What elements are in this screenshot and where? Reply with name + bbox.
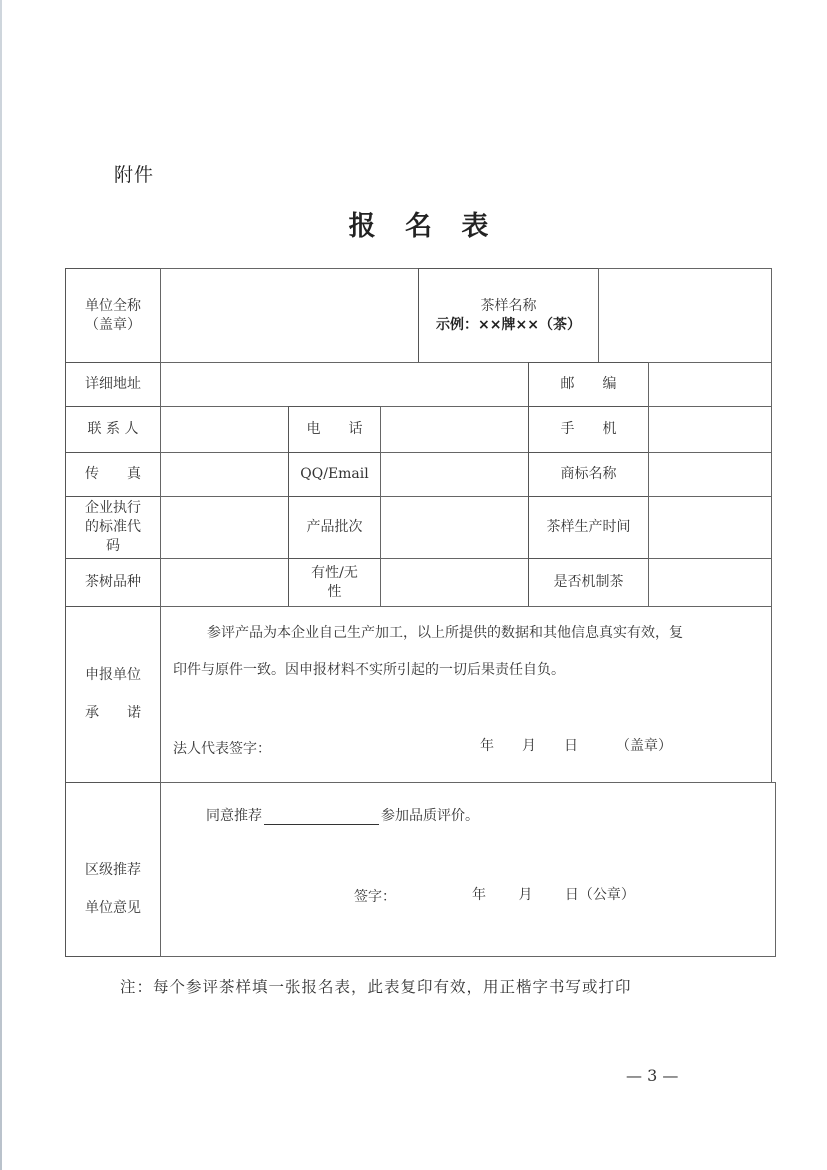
- address-label-cell: 详细地址: [65, 362, 161, 407]
- variety-field[interactable]: [160, 558, 289, 607]
- page-number: — 3 —: [626, 1066, 678, 1085]
- production-time-label: 茶样生产时间: [547, 518, 631, 537]
- trademark-label: 商标名称: [561, 465, 617, 484]
- qq-email-field[interactable]: [380, 452, 529, 497]
- tea-name-label-cell: 茶样名称 示例：××牌××（茶）: [418, 268, 599, 363]
- fax-field[interactable]: [160, 452, 289, 497]
- contact-label-cell: 联 系 人: [65, 406, 161, 453]
- unit-name-field[interactable]: [160, 268, 419, 363]
- phone-label-cell: 电 话: [288, 406, 381, 453]
- production-time-field[interactable]: [648, 496, 772, 559]
- production-time-label-cell: 茶样生产时间: [528, 496, 649, 559]
- sexual-field[interactable]: [380, 558, 529, 607]
- address-field[interactable]: [160, 362, 529, 407]
- mobile-label: 手 机: [561, 420, 617, 439]
- footnote: 注：每个参评茶样填一张报名表，此表复印有效，用正楷字书写或打印: [120, 975, 632, 997]
- standard-code-field[interactable]: [160, 496, 289, 559]
- pledge-label: 申报单位 承 诺: [85, 666, 141, 723]
- pledge-text-line1: 参评产品为本企业自己生产加工，以上所提供的数据和其他信息真实有效，复: [207, 622, 683, 642]
- recommend-blank-field[interactable]: [264, 810, 379, 825]
- scan-edge: [0, 0, 2, 1170]
- sexual-label-cell: 有性/无 性: [288, 558, 381, 607]
- fax-label-cell: 传 真: [65, 452, 161, 497]
- tea-name-example: 示例：××牌××（茶）: [436, 316, 581, 335]
- recommend-prefix: 同意推荐: [206, 808, 262, 824]
- unit-name-label: 单位全称 （盖章）: [85, 297, 141, 335]
- qq-email-label-cell: QQ/Email: [288, 452, 381, 497]
- page-title: 报 名 表: [0, 204, 827, 243]
- sexual-label: 有性/无 性: [311, 564, 358, 602]
- contact-field[interactable]: [160, 406, 289, 453]
- recommend-suffix: 参加品质评价。: [381, 808, 479, 824]
- machine-tea-label: 是否机制茶: [554, 573, 624, 592]
- postcode-label-cell: 邮 编: [528, 362, 649, 407]
- pledge-label-cell: 申报单位 承 诺: [65, 606, 161, 783]
- variety-label: 茶树品种: [85, 573, 141, 592]
- recommend-signature-label: 签字：: [354, 886, 396, 906]
- batch-label: 产品批次: [307, 518, 363, 537]
- address-label: 详细地址: [85, 375, 141, 394]
- batch-field[interactable]: [380, 496, 529, 559]
- pledge-date: 年 月 日: [480, 735, 578, 755]
- phone-field[interactable]: [380, 406, 529, 453]
- postcode-label: 邮 编: [561, 375, 617, 394]
- trademark-field[interactable]: [648, 452, 772, 497]
- recommendation-label-cell: 区级推荐 单位意见: [65, 782, 161, 957]
- tea-name-field[interactable]: [598, 268, 772, 363]
- attachment-label: 附件: [114, 160, 154, 187]
- batch-label-cell: 产品批次: [288, 496, 381, 559]
- fax-label: 传 真: [85, 465, 141, 484]
- pledge-text-line2: 印件与原件一致。因申报材料不实所引起的一切后果责任自负。: [173, 659, 565, 679]
- trademark-label-cell: 商标名称: [528, 452, 649, 497]
- machine-tea-label-cell: 是否机制茶: [528, 558, 649, 607]
- unit-name-label-cell: 单位全称 （盖章）: [65, 268, 161, 363]
- phone-label: 电 话: [307, 420, 363, 439]
- variety-label-cell: 茶树品种: [65, 558, 161, 607]
- recommendation-label: 区级推荐 单位意见: [85, 861, 141, 918]
- tea-name-label: 茶样名称: [481, 297, 537, 316]
- mobile-label-cell: 手 机: [528, 406, 649, 453]
- mobile-field[interactable]: [648, 406, 772, 453]
- standard-code-label: 企业执行 的标准代 码: [85, 499, 141, 556]
- machine-tea-field[interactable]: [648, 558, 772, 607]
- recommend-date-seal: 年 月 日（公章）: [472, 884, 635, 904]
- qq-email-label: QQ/Email: [300, 465, 368, 484]
- pledge-seal: （盖章）: [616, 735, 672, 755]
- legal-rep-signature-label: 法人代表签字：: [173, 738, 271, 758]
- standard-code-label-cell: 企业执行 的标准代 码: [65, 496, 161, 559]
- postcode-field[interactable]: [648, 362, 772, 407]
- recommend-agree-line: 同意推荐参加品质评价。: [206, 805, 479, 825]
- contact-label: 联 系 人: [88, 420, 139, 439]
